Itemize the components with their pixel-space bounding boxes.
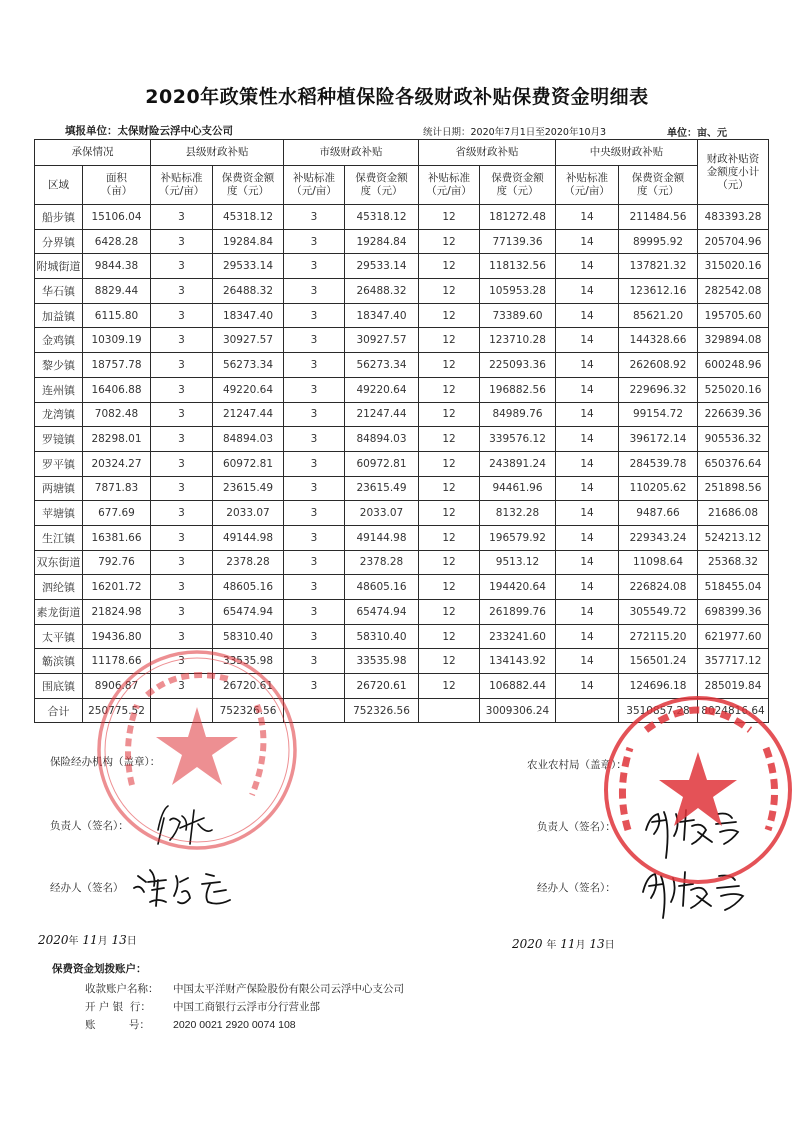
cell-area: 250775.52 xyxy=(83,698,151,723)
cell-county-rate: 3 xyxy=(151,229,213,254)
cell-county-amount: 2378.28 xyxy=(213,550,284,575)
cell-region: 船步镇 xyxy=(35,205,83,230)
cell-area: 6428.28 xyxy=(83,229,151,254)
cell-county-amount: 26488.32 xyxy=(213,279,284,304)
cell-county-rate: 3 xyxy=(151,550,213,575)
cell-area: 20324.27 xyxy=(83,451,151,476)
cell-province-rate: 12 xyxy=(419,353,480,378)
cell-city-rate: 3 xyxy=(284,649,345,674)
cell-central-amount: 124696.18 xyxy=(619,674,698,699)
cell-subtotal: 357717.12 xyxy=(698,649,769,674)
cell-county-rate: 3 xyxy=(151,575,213,600)
header-province: 省级财政补贴 xyxy=(419,140,556,166)
cell-region: 金鸡镇 xyxy=(35,328,83,353)
cell-province-amount: 9513.12 xyxy=(480,550,556,575)
cell-county-rate: 3 xyxy=(151,427,213,452)
cell-central-rate: 14 xyxy=(556,501,619,526)
account-number-row: 账 号：2020 0021 2920 0074 108 xyxy=(85,1017,296,1032)
account-number-value: 2020 0021 2920 0074 108 xyxy=(173,1019,296,1031)
cell-city-rate: 3 xyxy=(284,229,345,254)
cell-city-rate: 3 xyxy=(284,451,345,476)
cell-subtotal: 285019.84 xyxy=(698,674,769,699)
cell-province-amount: 261899.76 xyxy=(480,600,556,625)
cell-area: 19436.80 xyxy=(83,624,151,649)
cell-central-amount: 3510857.28 xyxy=(619,698,698,723)
cell-subtotal: 251898.56 xyxy=(698,476,769,501)
insurer-head-label: 负责人（签名）： xyxy=(50,818,129,833)
cell-city-amount: 752326.56 xyxy=(345,698,419,723)
cell-city-rate: 3 xyxy=(284,501,345,526)
cell-province-rate: 12 xyxy=(419,600,480,625)
cell-city-rate: 3 xyxy=(284,575,345,600)
cell-city-rate: 3 xyxy=(284,254,345,279)
cell-city-amount: 33535.98 xyxy=(345,649,419,674)
cell-central-amount: 11098.64 xyxy=(619,550,698,575)
cell-central-rate: 14 xyxy=(556,229,619,254)
insurer-head-signature xyxy=(150,800,220,850)
cell-region: 素龙街道 xyxy=(35,600,83,625)
statistics-period: 统计日期：2020年7月1日至2020年10月3 xyxy=(423,124,606,138)
cell-city-amount: 2033.07 xyxy=(345,501,419,526)
table-row: 附城街道9844.38329533.14329533.1412118132.56… xyxy=(35,254,769,279)
header-county-rate: 补贴标准（元/亩） xyxy=(151,166,213,205)
cell-county-rate: 3 xyxy=(151,476,213,501)
cell-county-amount: 45318.12 xyxy=(213,205,284,230)
cell-county-amount: 58310.40 xyxy=(213,624,284,649)
cell-city-amount: 48605.16 xyxy=(345,575,419,600)
cell-subtotal: 650376.64 xyxy=(698,451,769,476)
cell-county-rate: 3 xyxy=(151,377,213,402)
cell-region: 双东街道 xyxy=(35,550,83,575)
cell-area: 16381.66 xyxy=(83,525,151,550)
insurer-handler-signature xyxy=(130,862,250,912)
cell-county-rate: 3 xyxy=(151,402,213,427)
cell-province-rate: 12 xyxy=(419,377,480,402)
cell-city-rate: 3 xyxy=(284,550,345,575)
cell-region: 苹塘镇 xyxy=(35,501,83,526)
cell-province-rate: 12 xyxy=(419,501,480,526)
cell-area: 11178.66 xyxy=(83,649,151,674)
cell-county-rate: 3 xyxy=(151,674,213,699)
cell-city-rate: 3 xyxy=(284,624,345,649)
table-row: 黎少镇18757.78356273.34356273.3412225093.36… xyxy=(35,353,769,378)
cell-province-amount: 194420.64 xyxy=(480,575,556,600)
cell-county-amount: 29533.14 xyxy=(213,254,284,279)
cell-area: 8829.44 xyxy=(83,279,151,304)
cell-city-amount: 23615.49 xyxy=(345,476,419,501)
cell-province-amount: 106882.44 xyxy=(480,674,556,699)
cell-central-amount: 156501.24 xyxy=(619,649,698,674)
cell-area: 16201.72 xyxy=(83,575,151,600)
cell-subtotal: 315020.16 xyxy=(698,254,769,279)
cell-central-amount: 305549.72 xyxy=(619,600,698,625)
cell-province-amount: 134143.92 xyxy=(480,649,556,674)
cell-region: 连州镇 xyxy=(35,377,83,402)
cell-subtotal: 226639.36 xyxy=(698,402,769,427)
cell-city-amount: 21247.44 xyxy=(345,402,419,427)
cell-area: 7082.48 xyxy=(83,402,151,427)
cell-subtotal: 698399.36 xyxy=(698,600,769,625)
cell-central-amount: 9487.66 xyxy=(619,501,698,526)
cell-province-amount: 233241.60 xyxy=(480,624,556,649)
table-row: 太平镇19436.80358310.40358310.4012233241.60… xyxy=(35,624,769,649)
cell-city-rate: 3 xyxy=(284,328,345,353)
cell-central-rate: 14 xyxy=(556,328,619,353)
header-county-amount: 保费资金额度（元） xyxy=(213,166,284,205)
table-row: 罗平镇20324.27360972.81360972.8112243891.24… xyxy=(35,451,769,476)
cell-city-amount: 30927.57 xyxy=(345,328,419,353)
header-area: 面积（亩） xyxy=(83,166,151,205)
table-row: 金鸡镇10309.19330927.57330927.5712123710.28… xyxy=(35,328,769,353)
header-city-amount: 保费资金额度（元） xyxy=(345,166,419,205)
cell-city-amount: 29533.14 xyxy=(345,254,419,279)
table-body: 船步镇15106.04345318.12345318.1212181272.48… xyxy=(35,205,769,723)
cell-county-amount: 30927.57 xyxy=(213,328,284,353)
cell-city-amount: 84894.03 xyxy=(345,427,419,452)
cell-region: 分界镇 xyxy=(35,229,83,254)
cell-province-rate: 12 xyxy=(419,451,480,476)
bureau-seal-label: 农业农村局（盖章）： xyxy=(527,757,627,772)
cell-county-rate: 3 xyxy=(151,451,213,476)
cell-city-amount: 58310.40 xyxy=(345,624,419,649)
cell-subtotal: 905536.32 xyxy=(698,427,769,452)
table-row: 苹塘镇677.6932033.0732033.07128132.28149487… xyxy=(35,501,769,526)
cell-province-amount: 105953.28 xyxy=(480,279,556,304)
cell-subtotal: 518455.04 xyxy=(698,575,769,600)
cell-province-amount: 196579.92 xyxy=(480,525,556,550)
header-central-amount: 保费资金额度（元） xyxy=(619,166,698,205)
cell-province-amount: 118132.56 xyxy=(480,254,556,279)
table-row: 生江镇16381.66349144.98349144.9812196579.92… xyxy=(35,525,769,550)
cell-county-amount: 49220.64 xyxy=(213,377,284,402)
cell-region: 合计 xyxy=(35,698,83,723)
cell-province-rate: 12 xyxy=(419,279,480,304)
cell-city-amount: 26720.61 xyxy=(345,674,419,699)
cell-city-rate xyxy=(284,698,345,723)
table-row: 两塘镇7871.83323615.49323615.491294461.9614… xyxy=(35,476,769,501)
cell-county-rate: 3 xyxy=(151,525,213,550)
cell-central-rate: 14 xyxy=(556,476,619,501)
cell-region: 罗平镇 xyxy=(35,451,83,476)
cell-central-amount: 89995.92 xyxy=(619,229,698,254)
bureau-head-signature xyxy=(640,800,760,860)
cell-region: 龙湾镇 xyxy=(35,402,83,427)
cell-area: 7871.83 xyxy=(83,476,151,501)
table-row: 连州镇16406.88349220.64349220.6412196882.56… xyxy=(35,377,769,402)
cell-central-amount: 284539.78 xyxy=(619,451,698,476)
cell-province-rate: 12 xyxy=(419,303,480,328)
cell-county-amount: 752326.56 xyxy=(213,698,284,723)
cell-subtotal: 524213.12 xyxy=(698,525,769,550)
table-row: 加益镇6115.80318347.40318347.401273389.6014… xyxy=(35,303,769,328)
cell-central-amount: 226824.08 xyxy=(619,575,698,600)
cell-county-amount: 2033.07 xyxy=(213,501,284,526)
cell-central-rate: 14 xyxy=(556,279,619,304)
unit-label: 单位：亩、元 xyxy=(667,124,727,139)
cell-central-rate: 14 xyxy=(556,427,619,452)
cell-city-rate: 3 xyxy=(284,205,345,230)
header-province-amount: 保费资金额度（元） xyxy=(480,166,556,205)
bureau-head-label: 负责人（签名）： xyxy=(537,819,616,834)
cell-city-amount: 2378.28 xyxy=(345,550,419,575)
cell-city-rate: 3 xyxy=(284,303,345,328)
cell-province-amount: 73389.60 xyxy=(480,303,556,328)
cell-county-rate xyxy=(151,698,213,723)
cell-central-amount: 110205.62 xyxy=(619,476,698,501)
cell-city-amount: 65474.94 xyxy=(345,600,419,625)
cell-province-amount: 77139.36 xyxy=(480,229,556,254)
cell-area: 677.69 xyxy=(83,501,151,526)
bureau-handler-signature xyxy=(635,862,765,922)
cell-county-rate: 3 xyxy=(151,624,213,649)
cell-area: 10309.19 xyxy=(83,328,151,353)
account-number-label: 账 号： xyxy=(85,1017,173,1032)
cell-subtotal: 329894.08 xyxy=(698,328,769,353)
cell-area: 792.76 xyxy=(83,550,151,575)
cell-subtotal: 621977.60 xyxy=(698,624,769,649)
cell-region: 太平镇 xyxy=(35,624,83,649)
cell-province-rate: 12 xyxy=(419,476,480,501)
payee-label: 收款账户名称： xyxy=(85,981,173,996)
bureau-handler-label: 经办人（签名）： xyxy=(537,880,616,895)
cell-county-rate: 3 xyxy=(151,353,213,378)
cell-area: 28298.01 xyxy=(83,427,151,452)
cell-area: 21824.98 xyxy=(83,600,151,625)
cell-province-amount: 3009306.24 xyxy=(480,698,556,723)
cell-province-rate: 12 xyxy=(419,328,480,353)
cell-region: 加益镇 xyxy=(35,303,83,328)
cell-central-amount: 211484.56 xyxy=(619,205,698,230)
cell-region: 簕滨镇 xyxy=(35,649,83,674)
cell-area: 6115.80 xyxy=(83,303,151,328)
cell-central-rate: 14 xyxy=(556,303,619,328)
cell-subtotal: 525020.16 xyxy=(698,377,769,402)
cell-province-rate: 12 xyxy=(419,624,480,649)
cell-subtotal: 195705.60 xyxy=(698,303,769,328)
cell-central-amount: 272115.20 xyxy=(619,624,698,649)
cell-central-rate: 14 xyxy=(556,600,619,625)
cell-central-rate: 14 xyxy=(556,205,619,230)
table-row: 船步镇15106.04345318.12345318.1212181272.48… xyxy=(35,205,769,230)
cell-subtotal: 25368.32 xyxy=(698,550,769,575)
cell-county-rate: 3 xyxy=(151,328,213,353)
cell-city-rate: 3 xyxy=(284,525,345,550)
cell-province-rate: 12 xyxy=(419,525,480,550)
table-row: 罗镜镇28298.01384894.03384894.0312339576.12… xyxy=(35,427,769,452)
cell-city-amount: 56273.34 xyxy=(345,353,419,378)
cell-city-rate: 3 xyxy=(284,402,345,427)
cell-city-rate: 3 xyxy=(284,476,345,501)
cell-county-amount: 18347.40 xyxy=(213,303,284,328)
table-row: 双东街道792.7632378.2832378.28129513.1214110… xyxy=(35,550,769,575)
table-row: 泗纶镇16201.72348605.16348605.1612194420.64… xyxy=(35,575,769,600)
cell-central-rate: 14 xyxy=(556,550,619,575)
cell-central-amount: 137821.32 xyxy=(619,254,698,279)
bureau-date: 2020 年 11月 13日 xyxy=(512,936,615,951)
cell-city-rate: 3 xyxy=(284,427,345,452)
cell-area: 8906.87 xyxy=(83,674,151,699)
cell-province-amount: 225093.36 xyxy=(480,353,556,378)
cell-subtotal: 282542.08 xyxy=(698,279,769,304)
cell-province-amount: 339576.12 xyxy=(480,427,556,452)
cell-county-amount: 49144.98 xyxy=(213,525,284,550)
cell-subtotal: 8024816.64 xyxy=(698,698,769,723)
cell-central-amount: 262608.92 xyxy=(619,353,698,378)
table-row: 分界镇6428.28319284.84319284.841277139.3614… xyxy=(35,229,769,254)
cell-province-rate: 12 xyxy=(419,402,480,427)
cell-county-amount: 21247.44 xyxy=(213,402,284,427)
cell-county-amount: 56273.34 xyxy=(213,353,284,378)
cell-county-rate: 3 xyxy=(151,205,213,230)
cell-county-amount: 65474.94 xyxy=(213,600,284,625)
cell-central-rate: 14 xyxy=(556,254,619,279)
cell-county-rate: 3 xyxy=(151,600,213,625)
table-row: 龙湾镇7082.48321247.44321247.441284989.7614… xyxy=(35,402,769,427)
cell-city-amount: 49220.64 xyxy=(345,377,419,402)
cell-city-amount: 60972.81 xyxy=(345,451,419,476)
payee-row: 收款账户名称：中国太平洋财产保险股份有限公司云浮中心支公司 xyxy=(85,981,404,996)
cell-county-rate: 3 xyxy=(151,254,213,279)
header-central-rate: 补贴标准（元/亩） xyxy=(556,166,619,205)
cell-city-rate: 3 xyxy=(284,377,345,402)
bank-row: 开 户 银 行：中国工商银行云浮市分行营业部 xyxy=(85,999,320,1014)
cell-area: 18757.78 xyxy=(83,353,151,378)
cell-city-rate: 3 xyxy=(284,353,345,378)
cell-city-rate: 3 xyxy=(284,674,345,699)
header-central: 中央级财政补贴 xyxy=(556,140,698,166)
cell-province-rate: 12 xyxy=(419,575,480,600)
cell-city-amount: 26488.32 xyxy=(345,279,419,304)
account-title: 保费资金划拨账户： xyxy=(52,961,147,976)
cell-central-amount: 85621.20 xyxy=(619,303,698,328)
cell-province-amount: 123710.28 xyxy=(480,328,556,353)
cell-city-amount: 19284.84 xyxy=(345,229,419,254)
cell-central-rate: 14 xyxy=(556,377,619,402)
cell-central-amount: 229343.24 xyxy=(619,525,698,550)
cell-province-amount: 181272.48 xyxy=(480,205,556,230)
table-row: 华石镇8829.44326488.32326488.3212105953.281… xyxy=(35,279,769,304)
cell-subtotal: 205704.96 xyxy=(698,229,769,254)
cell-central-amount: 144328.66 xyxy=(619,328,698,353)
cell-city-amount: 45318.12 xyxy=(345,205,419,230)
cell-central-rate: 14 xyxy=(556,649,619,674)
payee-value: 中国太平洋财产保险股份有限公司云浮中心支公司 xyxy=(173,983,404,995)
cell-province-amount: 94461.96 xyxy=(480,476,556,501)
cell-county-amount: 48605.16 xyxy=(213,575,284,600)
total-row: 合计250775.52752326.56752326.563009306.243… xyxy=(35,698,769,723)
insurer-date: 2020年 11月 13日 xyxy=(38,932,137,947)
cell-county-amount: 60972.81 xyxy=(213,451,284,476)
cell-area: 15106.04 xyxy=(83,205,151,230)
cell-county-rate: 3 xyxy=(151,303,213,328)
cell-county-amount: 23615.49 xyxy=(213,476,284,501)
cell-province-rate: 12 xyxy=(419,649,480,674)
cell-province-rate: 12 xyxy=(419,254,480,279)
cell-central-rate: 14 xyxy=(556,674,619,699)
cell-central-rate: 14 xyxy=(556,402,619,427)
cell-county-rate: 3 xyxy=(151,649,213,674)
cell-county-amount: 26720.61 xyxy=(213,674,284,699)
cell-area: 16406.88 xyxy=(83,377,151,402)
cell-province-rate: 12 xyxy=(419,229,480,254)
cell-region: 华石镇 xyxy=(35,279,83,304)
cell-region: 泗纶镇 xyxy=(35,575,83,600)
cell-province-rate: 12 xyxy=(419,205,480,230)
cell-central-amount: 123612.16 xyxy=(619,279,698,304)
cell-province-amount: 243891.24 xyxy=(480,451,556,476)
cell-central-amount: 229696.32 xyxy=(619,377,698,402)
cell-province-rate: 12 xyxy=(419,427,480,452)
cell-central-rate: 14 xyxy=(556,575,619,600)
cell-province-rate: 12 xyxy=(419,550,480,575)
header-subtotal: 财政补贴资金额度小计（元） xyxy=(698,140,769,205)
cell-county-amount: 19284.84 xyxy=(213,229,284,254)
cell-county-amount: 33535.98 xyxy=(213,649,284,674)
cell-region: 两塘镇 xyxy=(35,476,83,501)
cell-county-rate: 3 xyxy=(151,501,213,526)
header-city: 市级财政补贴 xyxy=(284,140,419,166)
cell-central-rate: 14 xyxy=(556,353,619,378)
cell-province-rate xyxy=(419,698,480,723)
filling-unit: 填报单位：太保财险云浮中心支公司 xyxy=(65,123,233,138)
cell-central-rate: 14 xyxy=(556,451,619,476)
bank-value: 中国工商银行云浮市分行营业部 xyxy=(173,1001,320,1013)
cell-province-amount: 8132.28 xyxy=(480,501,556,526)
cell-city-amount: 49144.98 xyxy=(345,525,419,550)
subsidy-table: 承保情况 县级财政补贴 市级财政补贴 省级财政补贴 中央级财政补贴 财政补贴资金… xyxy=(34,139,769,723)
insurer-seal-label: 保险经办机构（盖章）： xyxy=(50,754,160,769)
cell-region: 附城街道 xyxy=(35,254,83,279)
cell-central-amount: 396172.14 xyxy=(619,427,698,452)
cell-county-amount: 84894.03 xyxy=(213,427,284,452)
insurer-handler-label: 经办人（签名） xyxy=(50,880,124,895)
cell-central-rate: 14 xyxy=(556,624,619,649)
cell-city-rate: 3 xyxy=(284,279,345,304)
cell-central-rate: 14 xyxy=(556,525,619,550)
table-row: 围底镇8906.87326720.61326720.6112106882.441… xyxy=(35,674,769,699)
cell-region: 围底镇 xyxy=(35,674,83,699)
cell-city-amount: 18347.40 xyxy=(345,303,419,328)
header-coverage: 承保情况 xyxy=(35,140,151,166)
document-title: 2020年政策性水稻种植保险各级财政补贴保费资金明细表 xyxy=(0,82,794,109)
header-province-rate: 补贴标准（元/亩） xyxy=(419,166,480,205)
table-row: 簕滨镇11178.66333535.98333535.9812134143.92… xyxy=(35,649,769,674)
cell-province-rate: 12 xyxy=(419,674,480,699)
cell-province-amount: 196882.56 xyxy=(480,377,556,402)
cell-region: 生江镇 xyxy=(35,525,83,550)
cell-county-rate: 3 xyxy=(151,279,213,304)
cell-subtotal: 483393.28 xyxy=(698,205,769,230)
cell-city-rate: 3 xyxy=(284,600,345,625)
cell-central-rate xyxy=(556,698,619,723)
cell-area: 9844.38 xyxy=(83,254,151,279)
header-county: 县级财政补贴 xyxy=(151,140,284,166)
table-row: 素龙街道21824.98365474.94365474.9412261899.7… xyxy=(35,600,769,625)
header-region: 区域 xyxy=(35,166,83,205)
bank-label: 开 户 银 行： xyxy=(85,999,173,1014)
cell-region: 罗镜镇 xyxy=(35,427,83,452)
cell-region: 黎少镇 xyxy=(35,353,83,378)
cell-subtotal: 600248.96 xyxy=(698,353,769,378)
cell-province-amount: 84989.76 xyxy=(480,402,556,427)
header-city-rate: 补贴标准（元/亩） xyxy=(284,166,345,205)
cell-subtotal: 21686.08 xyxy=(698,501,769,526)
cell-central-amount: 99154.72 xyxy=(619,402,698,427)
